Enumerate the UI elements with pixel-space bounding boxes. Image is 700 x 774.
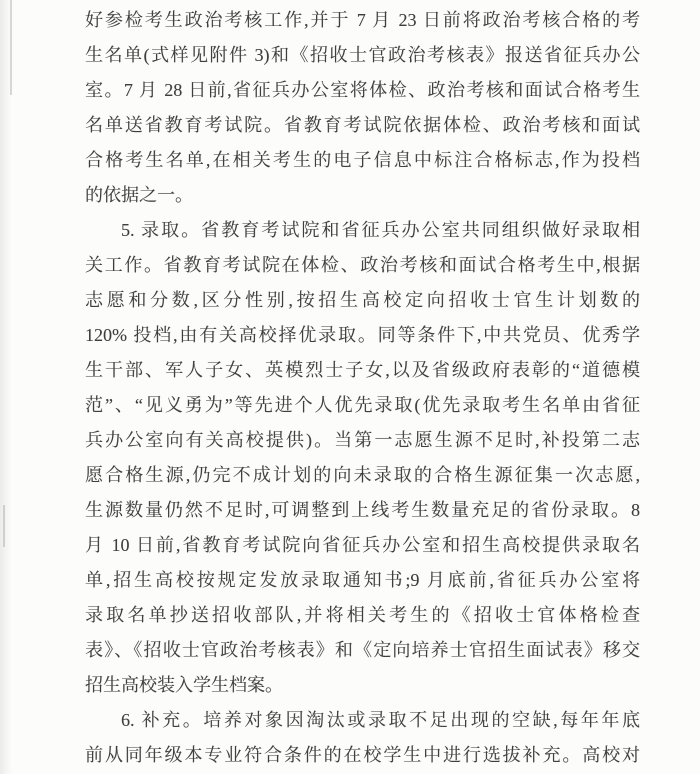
text-line: 前从同年级本专业符合条件的在校学生中进行选拔补充。高校对	[85, 738, 640, 773]
document-page: 好参检考生政治考核工作,并于 7 月 23 日前将政治考核合格的考 生名单(式样…	[0, 0, 700, 774]
text-line: 名单送省教育考试院。省教育考试院依据体检、政治考核和面试	[85, 108, 640, 143]
text-line: 月 10 日前,省教育考试院向省征兵办公室和招生高校提供录取名	[85, 528, 640, 563]
page-edge-line-top	[10, 0, 12, 95]
text-line: 好参检考生政治考核工作,并于 7 月 23 日前将政治考核合格的考	[85, 3, 640, 38]
text-line: 表》、《招收士官政治考核表》和《定向培养士官招生面试表》移交	[85, 633, 640, 668]
text-line-paragraph-6-start: 6. 补充。培养对象因淘汰或录取不足出现的空缺,每年年底	[85, 703, 640, 738]
text-line: 招生高校装入学生档案。	[85, 668, 640, 703]
text-line-paragraph-5-start: 5. 录取。省教育考试院和省征兵办公室共同组织做好录取相	[85, 213, 640, 248]
text-line: 室。7 月 28 日前,省征兵办公室将体检、政治考核和面试合格考生	[85, 73, 640, 108]
text-line: 生名单(式样见附件 3)和《招收士官政治考核表》报送省征兵办公	[85, 38, 640, 73]
text-line: 合格考生名单,在相关考生的电子信息中标注合格标志,作为投档	[85, 143, 640, 178]
text-line: 的依据之一。	[85, 178, 640, 213]
document-text-block: 好参检考生政治考核工作,并于 7 月 23 日前将政治考核合格的考 生名单(式样…	[85, 3, 640, 773]
text-line: 生源数量仍然不足时,可调整到上线考生数量充足的省份录取。8	[85, 493, 640, 528]
text-line: 录取名单抄送招收部队,并将相关考生的《招收士官体格检查	[85, 598, 640, 633]
text-line: 愿合格生源,仍完不成计划的向未录取的合格生源征集一次志愿,	[85, 458, 640, 493]
text-line: 志愿和分数,区分性别,按招生高校定向招收士官生计划数的	[85, 283, 640, 318]
page-edge-line-mid	[3, 505, 5, 547]
text-line: 关工作。省教育考试院在体检、政治考核和面试合格考生中,根据	[85, 248, 640, 283]
text-line: 兵办公室向有关高校提供)。当第一志愿生源不足时,补投第二志	[85, 423, 640, 458]
text-line: 范”、“见义勇为”等先进个人优先录取(优先录取考生名单由省征	[85, 388, 640, 423]
text-line: 生干部、军人子女、英模烈士子女,以及省级政府表彰的“道德模	[85, 353, 640, 388]
text-line: 单,招生高校按规定发放录取通知书;9 月底前,省征兵办公室将	[85, 563, 640, 598]
text-line: 120% 投档,由有关高校择优录取。同等条件下,中共党员、优秀学	[85, 318, 640, 353]
page-edge-shadow	[0, 0, 12, 774]
